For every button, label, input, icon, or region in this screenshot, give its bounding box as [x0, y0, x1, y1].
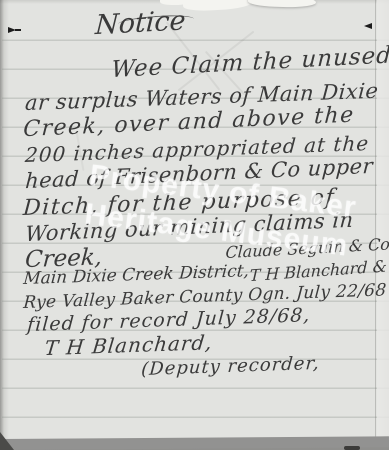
registration-arrow-icon [364, 23, 372, 29]
torn-edge-patch [248, 0, 316, 8]
paper-sheet: Notice Wee Claim the unused ar surplus W… [0, 0, 389, 440]
page-corner-mark [344, 446, 360, 450]
scanner-background-corner [0, 432, 14, 450]
handwriting-line-title: Notice [94, 5, 186, 41]
registration-arrow-icon [8, 27, 16, 33]
scanned-document: Notice Wee Claim the unused ar surplus W… [0, 0, 389, 450]
torn-edge-patch [183, 0, 254, 12]
scanner-background [0, 436, 389, 450]
